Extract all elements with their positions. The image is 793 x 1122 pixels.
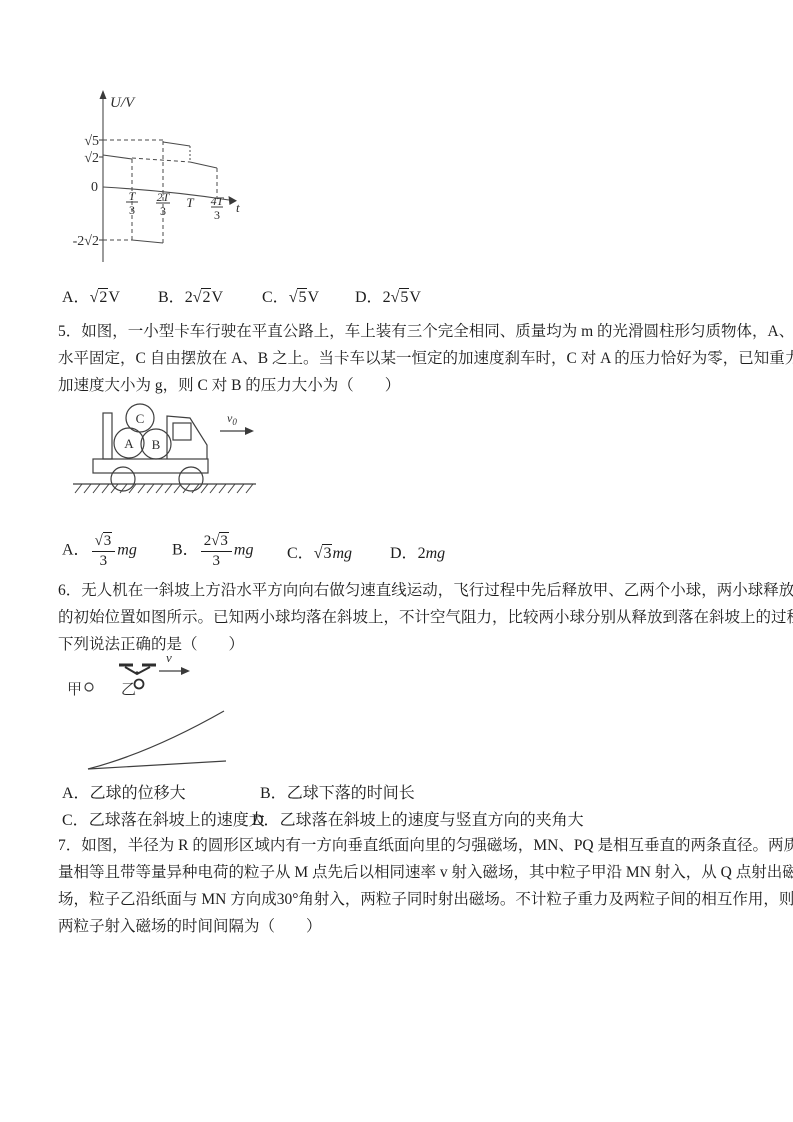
drone-icon (119, 665, 156, 675)
waveform-seg3 (163, 142, 190, 146)
label-a: A (124, 436, 134, 451)
svg-text:3: 3 (160, 204, 166, 218)
q6-option-d: D．乙球落在斜坡上的速度与竖直方向的夹角大 (252, 807, 584, 830)
label-b: B (152, 437, 161, 452)
graph-x-label: t (236, 200, 240, 215)
q4-option-a: A．√2V (62, 284, 120, 307)
exam-page: U/V t √5 √2 0 -2√2 T 3 2T 3 T 4T 3 A．√2V… (0, 0, 793, 1122)
base-line (88, 761, 226, 769)
ytick-neg2sqrt2: -2√2 (73, 234, 99, 249)
q6-option-a: A．乙球的位移大 (62, 780, 186, 803)
q5-line-1: 5．如图，一小型卡车行驶在平直公路上，车上装有三个完全相同、质量均为 m 的光滑… (58, 318, 749, 345)
question-5-text: 5．如图，一小型卡车行驶在平直公路上，车上装有三个完全相同、质量均为 m 的光滑… (58, 318, 749, 399)
q7-line-3: 场，粒子乙沿纸面与 MN 方向成30°角射入，两粒子同时射出磁场。不计粒子重力及… (58, 886, 749, 913)
ground-hatching (75, 484, 253, 493)
truck-diagram: C A B v0 (60, 395, 280, 503)
svg-text:T: T (129, 189, 137, 203)
waveform-seg2 (132, 240, 163, 243)
label-c: C (136, 411, 145, 426)
q6-line-1: 6．无人机在一斜坡上方沿水平方向向右做匀速直线运动，飞行过程中先后释放甲、乙两个… (58, 577, 749, 604)
guide-sqrt2 (132, 158, 190, 162)
svg-text:3: 3 (214, 208, 220, 222)
q4-option-d: D．2√5V (355, 284, 421, 307)
ytick-sqrt2: √2 (84, 151, 99, 166)
q5-option-a: A．√33mg (62, 532, 137, 570)
q7-line-2: 量相等且带等量异种电荷的粒子从 M 点先后以相同速率 v 射入磁场，其中粒子甲沿… (58, 859, 749, 886)
waveform-seg1 (103, 155, 132, 159)
truck-bed (93, 459, 208, 473)
drone-incline-diagram: v 甲 乙 (55, 650, 305, 775)
label-v: v (166, 650, 172, 665)
truck-cab-window (173, 423, 191, 440)
drone-velocity-arrowhead-icon (181, 667, 190, 675)
q5-option-b: B．2√33mg (172, 532, 253, 570)
q6-options-row-1: A．乙球的位移大 B．乙球下落的时间长 (0, 780, 793, 802)
incline-line (88, 711, 224, 769)
velocity-arrowhead-icon (245, 427, 254, 435)
question-7-text: 7．如图，半径为 R 的圆形区域内有一方向垂直纸面向里的匀强磁场，MN、PQ 是… (58, 832, 749, 940)
q7-line-4: 两粒子射入磁场的时间间隔为（ ） (58, 913, 749, 940)
q4-option-b: B．2√2V (158, 284, 223, 307)
voltage-time-graph: U/V t √5 √2 0 -2√2 T 3 2T 3 T 4T 3 (50, 88, 265, 268)
q4-options-row: A．√2V B．2√2V C．√5V D．2√5V (0, 284, 793, 306)
q5-line-2: 水平固定，C 自由摆放在 A、B 之上。当卡车以某一恒定的加速度刹车时，C 对 … (58, 345, 749, 372)
q5-options-row: A．√33mg B．2√33mg C．√3mg D．2mg (0, 522, 793, 568)
label-jia: 甲 (67, 681, 82, 698)
fraction: 2√33 (201, 532, 232, 570)
truck-headboard (103, 413, 112, 459)
y-axis-arrowhead-icon (100, 90, 107, 99)
ball-jia (85, 683, 93, 691)
q7-line-1: 7．如图，半径为 R 的圆形区域内有一方向垂直纸面向里的匀强磁场，MN、PQ 是… (58, 832, 749, 859)
waveform-seg4 (190, 162, 217, 168)
svg-text:T: T (186, 195, 194, 210)
label-v0: v0 (227, 411, 237, 427)
front-wheel (179, 467, 203, 491)
question-6-text: 6．无人机在一斜坡上方沿水平方向向右做匀速直线运动，飞行过程中先后释放甲、乙两个… (58, 577, 749, 658)
ytick-sqrt5: √5 (84, 134, 99, 149)
q6-options-row-2: C．乙球落在斜坡上的速度大 D．乙球落在斜坡上的速度与竖直方向的夹角大 (0, 807, 793, 829)
q4-option-c: C．√5V (262, 284, 319, 307)
svg-text:2T: 2T (157, 190, 171, 204)
fraction: √33 (92, 532, 116, 570)
svg-text:3: 3 (129, 203, 135, 217)
rear-wheel (111, 467, 135, 491)
q6-line-2: 的初始位置如图所示。已知两小球均落在斜坡上，不计空气阻力，比较两小球分别从释放到… (58, 604, 749, 631)
ytick-zero: 0 (91, 180, 98, 195)
svg-text:4T: 4T (211, 194, 225, 208)
q5-option-c: C．√3mg (287, 540, 352, 563)
q6-option-c: C．乙球落在斜坡上的速度大 (62, 807, 265, 830)
q6-option-b: B．乙球下落的时间长 (260, 780, 415, 803)
q5-option-d: D．2mg (390, 540, 445, 563)
graph-y-label: U/V (110, 95, 136, 111)
